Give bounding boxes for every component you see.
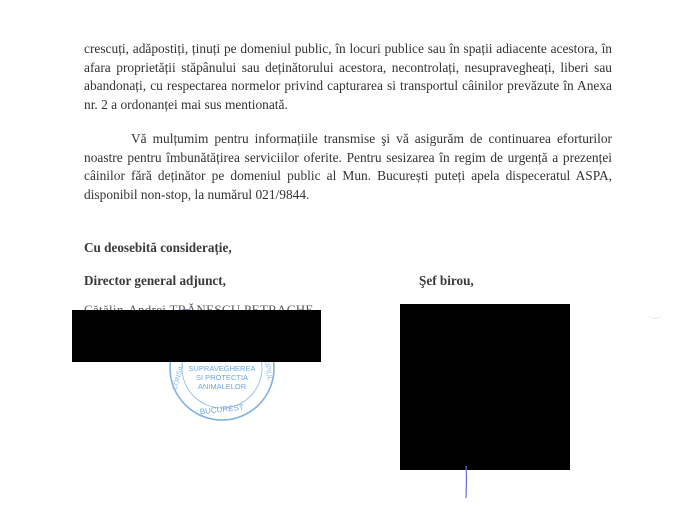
document-page: crescuți, adăpostiți, ținuți pe domeniul… (0, 0, 682, 520)
redaction-block-left (72, 310, 321, 362)
svg-text:CONSIL: CONSIL (172, 364, 186, 391)
signatory-name-left: Cătălin-Andrei TRĂNESCU PETRACHE (84, 302, 314, 310)
signatory-role-left: Director general adjunct, (84, 273, 226, 289)
svg-text:BUCUREST: BUCUREST (199, 403, 244, 417)
svg-text:ANIMALELOR: ANIMALELOR (198, 382, 247, 391)
body-paragraph-2: Vă mulțumim pentru informațiile transmis… (84, 130, 612, 204)
signatory-role-right: Şef birou, (419, 273, 474, 289)
signature-stroke-icon (460, 466, 470, 506)
svg-text:SI PROTECTIA: SI PROTECTIA (196, 373, 248, 382)
body-paragraph-1: crescuți, adăpostiți, ținuți pe domeniul… (84, 40, 612, 114)
scan-artifact (648, 306, 662, 319)
closing-salutation: Cu deosebită considerație, (84, 240, 232, 256)
svg-text:SUPRAVEGHEREA: SUPRAVEGHEREA (189, 364, 256, 373)
redaction-block-right (400, 304, 570, 470)
